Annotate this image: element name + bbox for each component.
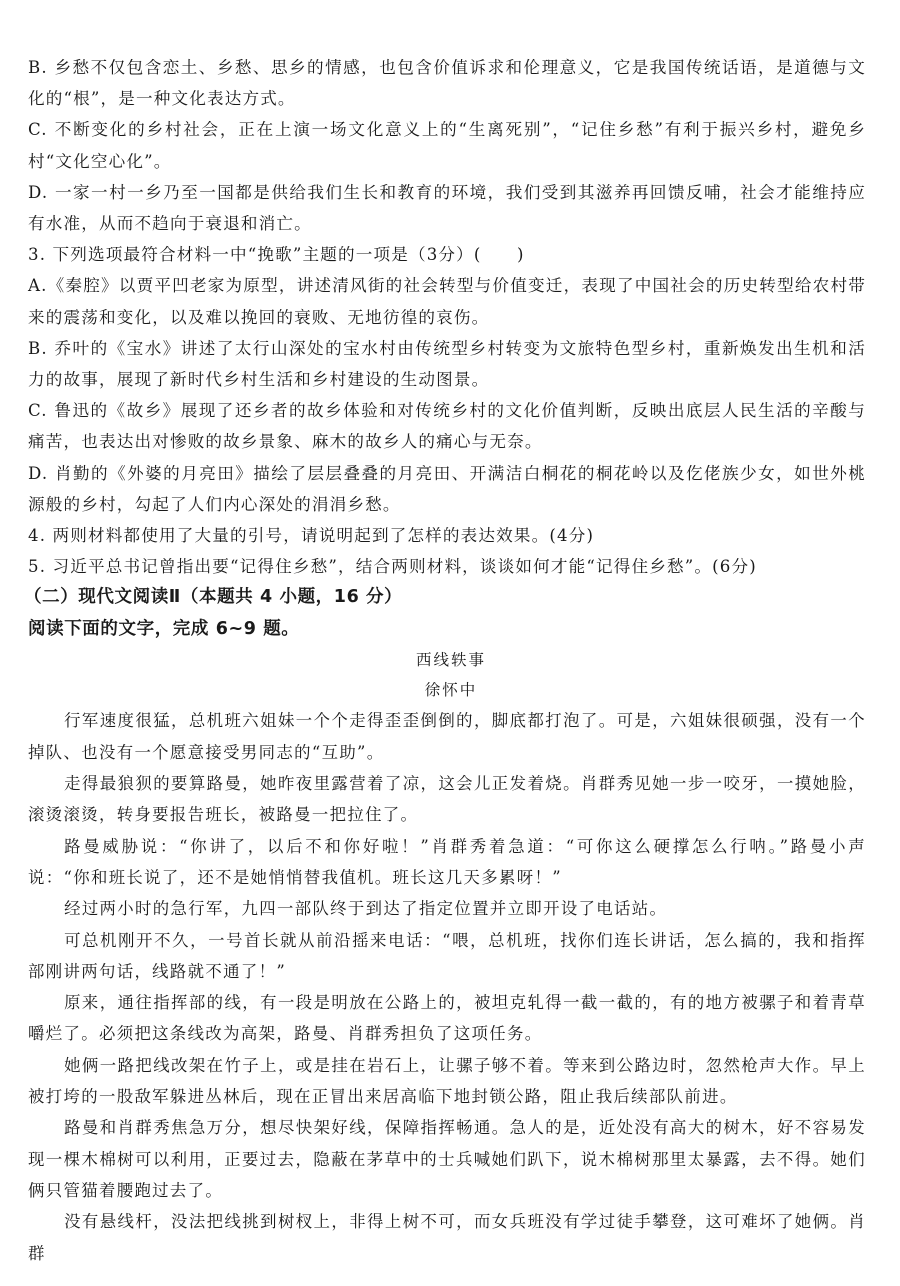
question-3-stem: 3. 下列选项最符合材料一中“挽歌”主题的一项是（3分）( ) <box>28 239 866 270</box>
question-4: 4. 两则材料都使用了大量的引号，请说明起到了怎样的表达效果。(4分) <box>28 520 866 551</box>
story-paragraph: 路曼和肖群秀焦急万分，想尽快架好线，保障指挥畅通。急人的是，近处没有高大的树木，… <box>28 1112 866 1206</box>
section-heading: （二）现代文阅读Ⅱ（本题共 4 小题，16 分） <box>24 582 866 614</box>
option-b-q2: B. 乡愁不仅包含恋土、乡愁、思乡的情感，也包含价值诉求和伦理意义，它是我国传统… <box>28 52 866 114</box>
story-paragraph: 行军速度很猛，总机班六姐妹一个个走得歪歪倒倒的，脚底都打泡了。可是，六姐妹很硕强… <box>28 705 866 768</box>
story-paragraph: 没有悬线杆，没法把线挑到树杈上，非得上树不可，而女兵班没有学过徒手攀登，这可难坏… <box>28 1206 866 1269</box>
section-instruction: 阅读下面的文字，完成 6~9 题。 <box>28 614 866 646</box>
option-a-q3: A.《秦腔》以贾平凹老家为原型，讲述清风街的社会转型与价值变迁，表现了中国社会的… <box>28 270 866 332</box>
option-d-q3: D. 肖勤的《外婆的月亮田》描绘了层层叠叠的月亮田、开满洁白桐花的桐花岭以及仡佬… <box>28 458 866 520</box>
option-c-q3: C. 鲁迅的《故乡》展现了还乡者的故乡体验和对传统乡村的文化价值判断，反映出底层… <box>28 395 866 457</box>
story-author: 徐怀中 <box>28 675 866 705</box>
option-c-q2: C. 不断变化的乡村社会，正在上演一场文化意义上的“生离死别”，“记住乡愁”有利… <box>28 114 866 176</box>
story-paragraph: 可总机刚开不久，一号首长就从前沿摇来电话：“喂，总机班，找你们连长讲话，怎么搞的… <box>28 925 866 988</box>
story-paragraph: 经过两小时的急行军，九四一部队终于到达了指定位置并立即开设了电话站。 <box>28 893 866 924</box>
option-b-q3: B. 乔叶的《宝水》讲述了太行山深处的宝水村由传统型乡村转变为文旅特色型乡村，重… <box>28 333 866 395</box>
story-title: 西线轶事 <box>28 645 866 675</box>
story-paragraph: 她俩一路把线改架在竹子上，或是挂在岩石上，让骡子够不着。等来到公路边时，忽然枪声… <box>28 1050 866 1113</box>
story-paragraph: 走得最狼狈的要算路曼，她昨夜里露营着了凉，这会儿正发着烧。肖群秀见她一步一咬牙，… <box>28 768 866 831</box>
story-paragraph: 路曼威胁说：“你讲了，以后不和你好啦！”肖群秀着急道：“可你这么硬撑怎么行呐。”… <box>28 831 866 894</box>
option-d-q2: D. 一家一村一乡乃至一国都是供给我们生长和教育的环境，我们受到其滋养再回馈反哺… <box>28 177 866 239</box>
story-paragraph: 原来，通往指挥部的线，有一段是明放在公路上的，被坦克轧得一截一截的，有的地方被骡… <box>28 987 866 1050</box>
exam-page: B. 乡愁不仅包含恋土、乡愁、思乡的情感，也包含价值诉求和伦理意义，它是我国传统… <box>28 52 866 1269</box>
question-5: 5. 习近平总书记曾指出要“记得住乡愁”，结合两则材料，谈谈如何才能“记得住乡愁… <box>28 551 866 582</box>
